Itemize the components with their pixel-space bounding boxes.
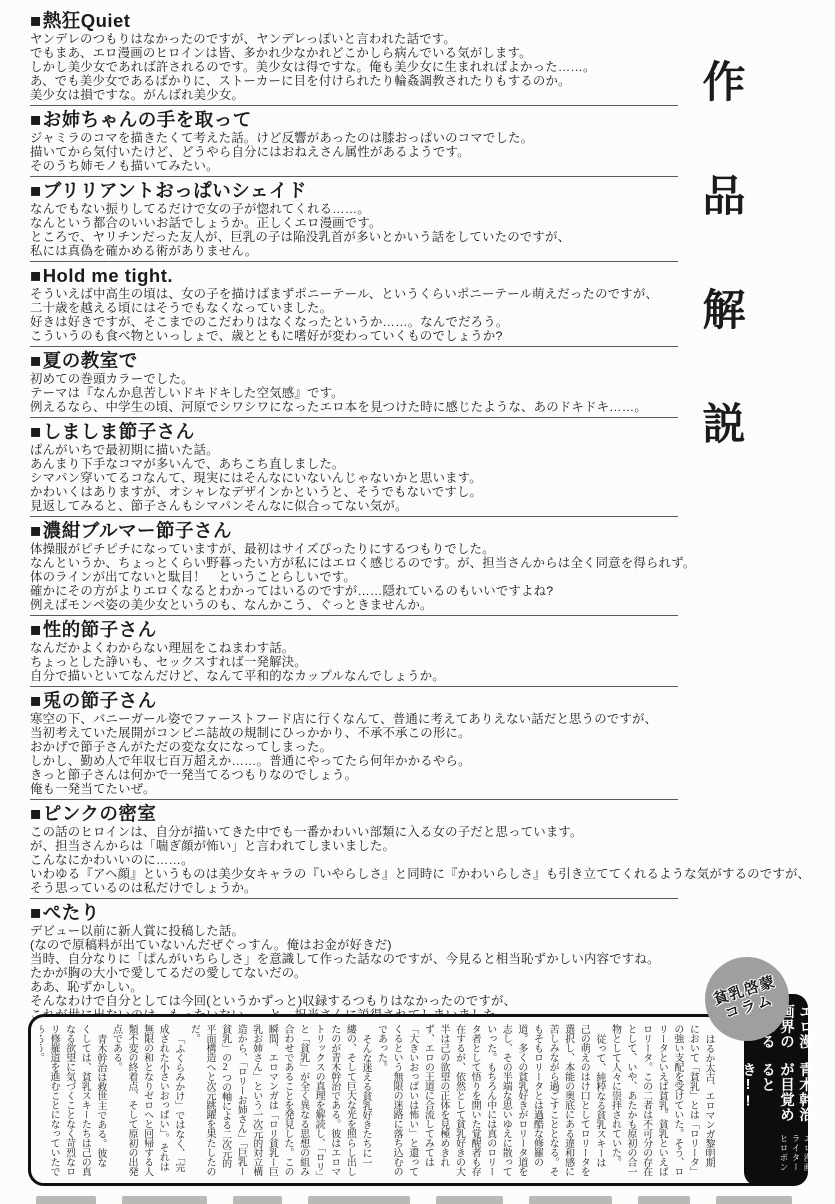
column-paragraph: 従って、純粋なる貧乳スキーは己の萌えのはけ口としてロリータを選択し、本能の奥底に… xyxy=(373,1024,607,1176)
column-badge: 貧乳啓蒙 コラム xyxy=(705,957,789,1041)
page-bottom-cutoff-artifact xyxy=(36,1196,792,1204)
section-line: ヤンデレのつもりはなかったのですが、ヤンデレっぽいと言われた話です。 xyxy=(30,32,678,46)
section-line: 私には真偽を確かめる術がありません。 xyxy=(30,244,678,258)
section-line: そのうち姉モノも描いてみたい。 xyxy=(30,159,678,173)
section-line: なんというか、ちょっとくらい野暮ったい方が私にはエロく感じるのです。が、担当さん… xyxy=(30,556,678,570)
square-bullet-icon: ■ xyxy=(30,803,42,824)
column-title-line-2: 青木幹治が目覚めるとき!! xyxy=(738,1062,814,1130)
square-bullet-icon: ■ xyxy=(30,10,42,31)
section-heading: ■ピンクの密室 xyxy=(30,803,678,825)
section-line: ちょっとした諍いも、セックスすれば一発解決。 xyxy=(30,655,678,669)
square-bullet-icon: ■ xyxy=(30,180,42,201)
section-title: 性的節子さん xyxy=(43,619,157,640)
section-title: ブリリアントおっぱいシェイド xyxy=(43,180,307,201)
section-line: なんでもない振りしてるだけで女の子が惚れてくれる……。 xyxy=(30,202,678,216)
column-paragraph: そんな迷える貧乳好きたちに一縷の、そして巨大な光を照らし出したのが青木幹治である… xyxy=(186,1024,373,1176)
section: ■Hold me tight.そういえば中高生の頃は、女の子を描けばまずポニーテ… xyxy=(30,265,678,347)
section-line: 例えばモンペ姿の美少女というのも、なんかこう、ぐっときませんか。 xyxy=(30,598,678,612)
section: ■お姉ちゃんの手を取ってジャミラのコマを描きたくて考えた話。けど反響があったのは… xyxy=(30,109,678,177)
section-heading: ■兎の節子さん xyxy=(30,690,678,712)
section-line: そういえば中高生の頃は、女の子を描けばまずポニーテール、というくらいポニーテール… xyxy=(30,287,678,301)
section-heading: ■Hold me tight. xyxy=(30,265,678,287)
section-line: でもまあ、エロ漫画のヒロインは皆、多かれ少なかれどこかしら病んでいる気がします。 xyxy=(30,46,678,60)
section-title: 濃紺ブルマー節子さん xyxy=(43,520,232,541)
section-line: いわゆる『アヘ顔』というものは美少女キャラの『いやらしさ』と同時に『かわいらしさ… xyxy=(30,867,678,881)
section-heading: ■ブリリアントおっぱいシェイド xyxy=(30,180,678,202)
section-line: 美少女は損ですな。がんばれ美少女。 xyxy=(30,88,678,102)
section-heading: ■熱狂Quiet xyxy=(30,10,678,32)
section-line: 描いてから気付いたけど、どうやら自分にはおねえさん属性があるようです。 xyxy=(30,145,678,159)
section-line: 初めての巻頭カラーでした。 xyxy=(30,372,678,386)
section-title: ピンクの密室 xyxy=(43,803,157,824)
section-line: しかし、勤め人で年収七百万超えか……。普通にやってたら何年かかるやら。 xyxy=(30,754,678,768)
square-bullet-icon: ■ xyxy=(30,109,42,130)
section-line: (なので原稿料が出ていないんだぜぐっすん。俺はお金が好きだ) xyxy=(30,938,678,952)
section-line: たかが胸の大小で愛してるだの愛してないだの。 xyxy=(30,966,678,980)
section-line: 例えるなら、中学生の頃、河原でシワシワになったエロ本を見つけた時に感じたような、… xyxy=(30,400,678,414)
square-bullet-icon: ■ xyxy=(30,421,42,442)
page-title-kanji: 作 xyxy=(701,62,747,105)
section-title: しましま節子さん xyxy=(43,421,195,442)
section-line: 二十歳を越える頃にはそうでもなくなっていました。 xyxy=(30,301,678,315)
section-line: この話のヒロインは、自分が描いてきた中でも一番かわいい部類に入る女の子だと思って… xyxy=(30,825,678,839)
section: ■熱狂Quietヤンデレのつもりはなかったのですが、ヤンデレっぽいと言われた話で… xyxy=(30,10,678,106)
section: ■ピンクの密室この話のヒロインは、自分が描いてきた中でも一番かわいい部類に入る女… xyxy=(30,803,678,899)
section-line: ジャミラのコマを描きたくて考えた話。けど反響があったのは膝おっぱいのコマでした。 xyxy=(30,131,678,145)
section-line: そんなわけで自分としては今回(というかずっと)収録するつもりはなかったのですが、 xyxy=(30,994,678,1008)
section-line: きっと節子さんは何かで一発当てるつもりなのでしょう。 xyxy=(30,768,678,782)
section-line: テーマは『なんか息苦しいドキドキした空気感』です。 xyxy=(30,386,678,400)
section-line: 俺も一発当てたいぜ。 xyxy=(30,782,678,796)
section: ■ブリリアントおっぱいシェイドなんでもない振りしてるだけで女の子が惚れてくれる…… xyxy=(30,180,678,262)
section-heading: ■しましま節子さん xyxy=(30,421,678,443)
page-title-kanji: 解 xyxy=(701,290,747,333)
section-heading: ■ぺたり xyxy=(30,902,678,924)
section-line: こういうのも食べ物といっしょで、歳とともに嗜好が変わっていくものでしょうか? xyxy=(30,329,678,343)
section-line: 自分で描いといてなんだけど、なんて平和的なカップルなんでしょうか。 xyxy=(30,669,678,683)
square-bullet-icon: ■ xyxy=(30,619,42,640)
section-line: 好きは好きですが、そこまでのこだわりはなくなったというか……。なんでだろう。 xyxy=(30,315,678,329)
section-line: あ、でも美少女であるばかりに、ストーカーに目を付けられたり輪姦調教されたりもする… xyxy=(30,74,678,88)
section-line: 確かにその方がよりエロくなるとわかってはいるのですが……隠れているのもいいですよ… xyxy=(30,584,678,598)
column-paragraph: はるか太古、エロマンガ黎明期において「貧乳」とは「ロリータ」の強い支配を受けてい… xyxy=(607,1024,716,1176)
section-line: が、担当さんからは「喘ぎ顔が怖い」と言われてしまいました。 xyxy=(30,839,678,853)
section: ■性的節子さんなんだかよくわからない理屈をこねまわす話。ちょっとした諍いも、セッ… xyxy=(30,619,678,687)
section-line: そう思っているのは私だけでしょうか。 xyxy=(30,881,678,895)
square-bullet-icon: ■ xyxy=(30,902,42,923)
section: ■兎の節子さん寒空の下、バニーガール姿でファーストフード店に行くなんて、普通に考… xyxy=(30,690,678,800)
section-heading: ■夏の教室で xyxy=(30,350,678,372)
page-title-kanji: 説 xyxy=(701,404,747,447)
section-title: お姉ちゃんの手を取って xyxy=(43,109,252,130)
section-title: 夏の教室で xyxy=(43,350,138,371)
commentary-sections: ■熱狂Quietヤンデレのつもりはなかったのですが、ヤンデレっぽいと言われた話で… xyxy=(30,10,678,1042)
page-title-kanji: 品 xyxy=(701,176,747,219)
section-line: 体操服がピチピチになっていますが、最初はサイズぴったりにするつもりでした。 xyxy=(30,542,678,556)
section-line: 体のラインが出てないと駄目！ ということらしいです。 xyxy=(30,570,678,584)
section-title: Hold me tight. xyxy=(43,265,173,286)
section-line: 当初考えていた展開がコンビニ誌故の規制にひっかかり、不承不承この形に。 xyxy=(30,726,678,740)
section-title: ぺたり xyxy=(43,902,100,923)
square-bullet-icon: ■ xyxy=(30,350,42,371)
document-page: { "bullet": "■", "vertical_title": {"cha… xyxy=(0,0,835,1204)
section-line: あんまり下手なコマが多いんで、あちこち直しました。 xyxy=(30,457,678,471)
section-line: 見返してみると、節子さんもシマパンそんなに似合ってない気が。 xyxy=(30,499,678,513)
column-paragraph: 「ふくらみかけ」ではなく、「完成された小さいおっぱい」。それは無限の和となりゼロ… xyxy=(108,1024,186,1176)
section-line: こんなにかわいいのに……。 xyxy=(30,853,678,867)
section-line: 当時、自分なりに「ぱんがいちらしさ」を意識して作った話なのですが、今見ると相当恥… xyxy=(30,952,678,966)
vertical-page-title: 作品解説 xyxy=(701,62,747,447)
section-line: ああ、恥ずかしい。 xyxy=(30,980,678,994)
section-line: なんだかよくわからない理屈をこねまわす話。 xyxy=(30,641,678,655)
square-bullet-icon: ■ xyxy=(30,690,42,711)
section-line: 寒空の下、バニーガール姿でファーストフード店に行くなんて、普通に考えてありえない… xyxy=(30,712,678,726)
section-heading: ■性的節子さん xyxy=(30,619,678,641)
section-line: しかし美少女であれば許されるのです。美少女は得ですな。俺も美少女に生まれればよか… xyxy=(30,60,678,74)
section-line: おかげで節子さんがただの変な女になってしまった。 xyxy=(30,740,678,754)
square-bullet-icon: ■ xyxy=(30,520,42,541)
section: ■夏の教室で初めての巻頭カラーでした。テーマは『なんか息苦しいドキドキした空気感… xyxy=(30,350,678,418)
section-title: 熱狂Quiet xyxy=(43,10,131,31)
section: ■濃紺ブルマー節子さん体操服がピチピチになっていますが、最初はサイズぴったりにす… xyxy=(30,520,678,616)
column-paragraph: 青木幹治は救世主である。彼なくしては、貧乳スキーたちは己の真なる欲望に気づくこと… xyxy=(40,1024,108,1176)
section-line: ところで、ヤリチンだった友人が、巨乳の子は陥没乳首が多いとかいう話をしていたので… xyxy=(30,230,678,244)
section-line: かわいくはありますが、オシャレなデザインかというと、そうでもないですし。 xyxy=(30,485,678,499)
section-line: デビュー以前に新人賞に投稿した話。 xyxy=(30,924,678,938)
column-article-text: はるか太古、エロマンガ黎明期において「貧乳」とは「ロリータ」の強い支配を受けてい… xyxy=(40,1024,716,1176)
section-title: 兎の節子さん xyxy=(43,690,157,711)
section-heading: ■濃紺ブルマー節子さん xyxy=(30,520,678,542)
section-line: ぱんがいちで最初期に描いた話。 xyxy=(30,443,678,457)
section-line: なんという都合のいいお話でしょうか。正しくエロ漫画です。 xyxy=(30,216,678,230)
section: ■しましま節子さんぱんがいちで最初期に描いた話。あんまり下手なコマが多いんで、あ… xyxy=(30,421,678,517)
column-author: エロ漫画ライター ヒロポン xyxy=(738,1134,814,1176)
square-bullet-icon: ■ xyxy=(30,265,42,286)
section-line: シマパン穿いてるコなんて、現実にはそんなにいないんじゃないかと思います。 xyxy=(30,471,678,485)
section-heading: ■お姉ちゃんの手を取って xyxy=(30,109,678,131)
